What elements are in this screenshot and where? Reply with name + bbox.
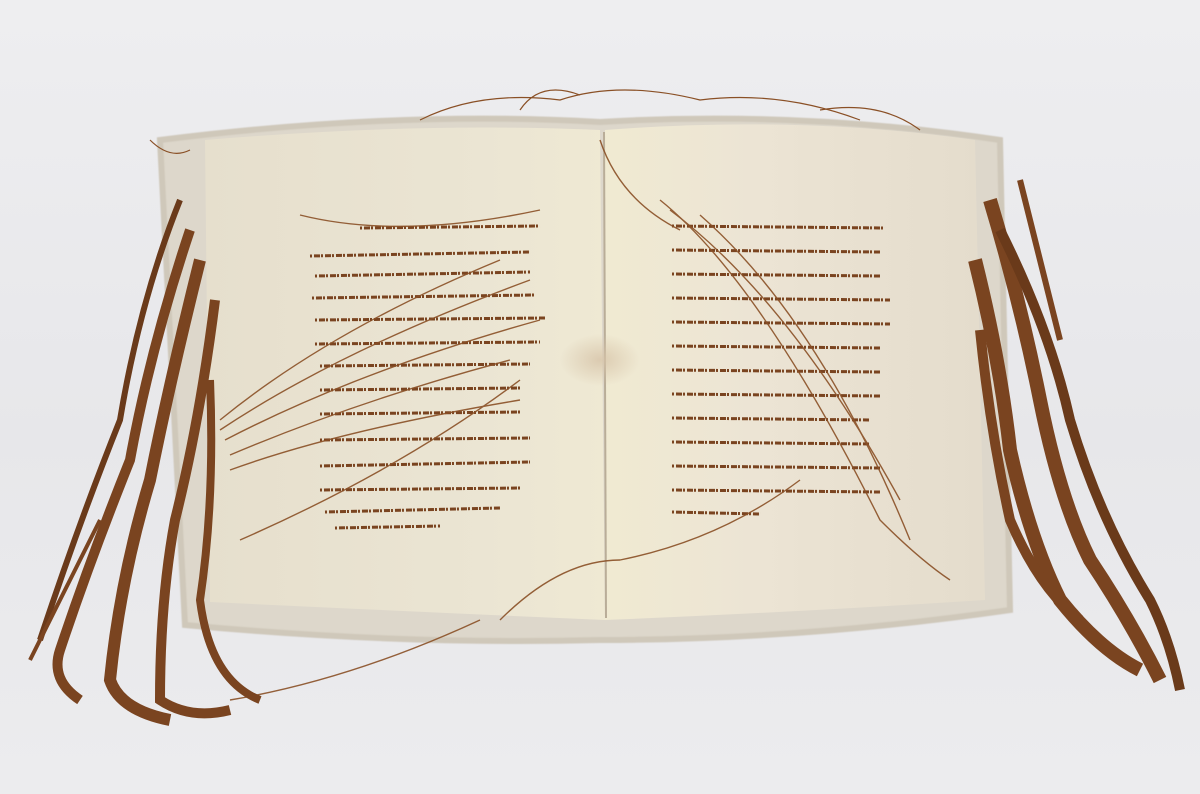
water-stain (560, 334, 640, 386)
photograph-scene (0, 0, 1200, 794)
right-page (605, 124, 985, 620)
embroidered-book-illustration (0, 0, 1200, 794)
left-page (205, 128, 605, 620)
